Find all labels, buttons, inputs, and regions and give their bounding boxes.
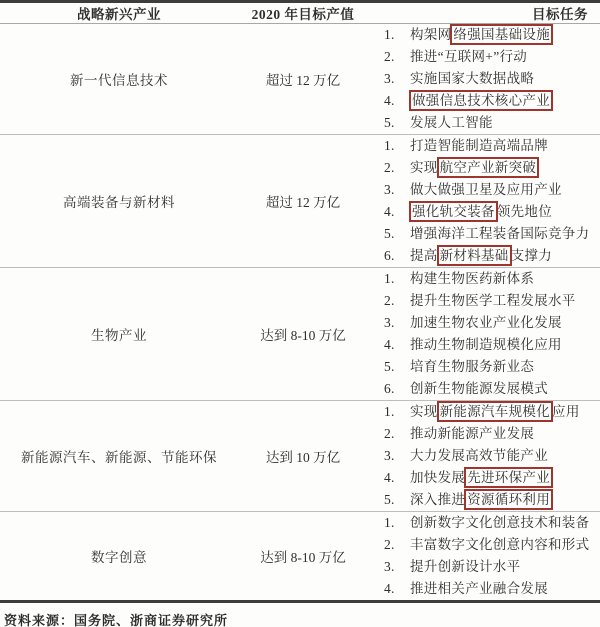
task-number: 1. <box>384 268 410 290</box>
task-highlight-box: 强化轨交装备 <box>409 201 498 222</box>
task-text-pre: 加速生物农业产业化发展 <box>410 315 562 330</box>
task-item: 2.推进“互联网+”行动 <box>384 46 600 68</box>
task-item: 1.构架网络强国基础设施 <box>384 24 600 46</box>
task-item: 6.创新生物能源发展模式 <box>384 378 600 400</box>
task-highlight-box: 航空产业新突破 <box>437 157 540 178</box>
task-text-pre: 实现 <box>410 160 438 175</box>
task-text-post: 领先地位 <box>497 204 552 219</box>
task-list: 1.构架网络强国基础设施 2.推进“互联网+”行动 3.实施国家大数据战略 4.… <box>368 24 600 134</box>
task-number: 5. <box>384 489 410 511</box>
task-item: 2.提升生物医学工程发展水平 <box>384 290 600 312</box>
task-text-pre: 增强海洋工程装备国际竞争力 <box>410 226 589 241</box>
task-number: 4. <box>384 578 410 600</box>
task-highlight-box: 资源循环利用 <box>464 489 553 510</box>
task-item: 3.加速生物农业产业化发展 <box>384 312 600 334</box>
task-number: 1. <box>384 401 410 423</box>
task-text-pre: 推动新能源产业发展 <box>410 426 534 441</box>
task-highlight-box: 络强国基础设施 <box>450 24 553 45</box>
task-text-pre: 培育生物服务新业态 <box>410 359 534 374</box>
task-number: 3. <box>384 179 410 201</box>
task-number: 3. <box>384 556 410 578</box>
task-number: 2. <box>384 423 410 445</box>
task-number: 1. <box>384 512 410 534</box>
table-row: 生物产业 达到 8-10 万亿 1.构建生物医药新体系 2.提升生物医学工程发展… <box>0 268 600 401</box>
industry-name: 新一代信息技术 <box>0 69 238 89</box>
task-text-pre: 大力发展高效节能产业 <box>410 448 548 463</box>
task-number: 6. <box>384 245 410 267</box>
task-number: 2. <box>384 290 410 312</box>
task-item: 4.推进相关产业融合发展 <box>384 578 600 600</box>
task-text-pre: 推进相关产业融合发展 <box>410 581 548 596</box>
task-number: 5. <box>384 112 410 134</box>
task-number: 4. <box>384 90 410 112</box>
task-list: 1.实现新能源汽车规模化应用 2.推动新能源产业发展 3.大力发展高效节能产业 … <box>368 401 600 511</box>
task-number: 5. <box>384 223 410 245</box>
source-note: 资料来源：国务院、浙商证券研究所 <box>0 603 600 627</box>
task-list: 1.打造智能制造高端品牌 2.实现航空产业新突破 3.做大做强卫星及应用产业 4… <box>368 135 600 267</box>
task-list: 1.创新数字文化创意技术和装备 2.丰富数字文化创意内容和形式 3.提升创新设计… <box>368 512 600 600</box>
target-value: 达到 8-10 万亿 <box>238 324 368 344</box>
task-number: 2. <box>384 534 410 556</box>
table-header-row: 战略新兴产业 2020 年目标产值 目标任务 <box>0 3 600 24</box>
task-item: 4.做强信息技术核心产业 <box>384 90 600 112</box>
table-row: 新能源汽车、新能源、节能环保 达到 10 万亿 1.实现新能源汽车规模化应用 2… <box>0 401 600 512</box>
task-item: 1.创新数字文化创意技术和装备 <box>384 512 600 534</box>
task-text-pre: 构建生物医药新体系 <box>410 271 534 286</box>
task-text-pre: 提升创新设计水平 <box>410 559 520 574</box>
table-row: 数字创意 达到 8-10 万亿 1.创新数字文化创意技术和装备 2.丰富数字文化… <box>0 512 600 600</box>
report-table-page: 战略新兴产业 2020 年目标产值 目标任务 新一代信息技术 超过 12 万亿 … <box>0 0 600 627</box>
industry-name: 数字创意 <box>0 546 238 566</box>
task-text-pre: 创新生物能源发展模式 <box>410 381 548 396</box>
task-text-pre: 构架网 <box>410 27 451 42</box>
industry-name: 高端装备与新材料 <box>0 191 238 211</box>
task-item: 3.实施国家大数据战略 <box>384 68 600 90</box>
task-item: 1.打造智能制造高端品牌 <box>384 135 600 157</box>
task-text-pre: 发展人工智能 <box>410 115 493 130</box>
task-item: 1.实现新能源汽车规模化应用 <box>384 401 600 423</box>
table-row: 新一代信息技术 超过 12 万亿 1.构架网络强国基础设施 2.推进“互联网+”… <box>0 24 600 135</box>
task-item: 5.发展人工智能 <box>384 112 600 134</box>
task-text-pre: 推进“互联网+”行动 <box>410 49 527 64</box>
task-number: 5. <box>384 356 410 378</box>
task-list: 1.构建生物医药新体系 2.提升生物医学工程发展水平 3.加速生物农业产业化发展… <box>368 268 600 400</box>
task-number: 4. <box>384 334 410 356</box>
task-number: 2. <box>384 46 410 68</box>
task-number: 4. <box>384 201 410 223</box>
table-row: 高端装备与新材料 超过 12 万亿 1.打造智能制造高端品牌 2.实现航空产业新… <box>0 135 600 268</box>
task-number: 1. <box>384 24 410 46</box>
task-item: 2.丰富数字文化创意内容和形式 <box>384 534 600 556</box>
task-text-pre: 加快发展 <box>410 470 465 485</box>
task-number: 2. <box>384 157 410 179</box>
header-target-tasks: 目标任务 <box>368 3 600 23</box>
task-text-pre: 提高 <box>410 248 438 263</box>
header-industry: 战略新兴产业 <box>0 3 238 23</box>
task-number: 1. <box>384 135 410 157</box>
task-item: 4.加快发展先进环保产业 <box>384 467 600 489</box>
task-text-pre: 打造智能制造高端品牌 <box>410 138 548 153</box>
task-item: 5.深入推进资源循环利用 <box>384 489 600 511</box>
task-text-pre: 做大做强卫星及应用产业 <box>410 182 562 197</box>
target-value: 超过 12 万亿 <box>238 69 368 89</box>
target-value: 达到 10 万亿 <box>238 446 368 466</box>
task-highlight-box: 做强信息技术核心产业 <box>409 90 553 111</box>
task-text-pre: 深入推进 <box>410 492 465 507</box>
task-highlight-box: 新材料基础 <box>437 245 512 266</box>
task-text-pre: 实现 <box>410 404 438 419</box>
task-item: 5.培育生物服务新业态 <box>384 356 600 378</box>
task-item: 3.提升创新设计水平 <box>384 556 600 578</box>
task-item: 5.增强海洋工程装备国际竞争力 <box>384 223 600 245</box>
task-text-pre: 提升生物医学工程发展水平 <box>410 293 576 308</box>
task-number: 3. <box>384 312 410 334</box>
industry-name: 新能源汽车、新能源、节能环保 <box>0 446 238 466</box>
task-item: 3.大力发展高效节能产业 <box>384 445 600 467</box>
task-highlight-box: 先进环保产业 <box>464 467 553 488</box>
task-text-pre: 创新数字文化创意技术和装备 <box>410 515 589 530</box>
target-value: 达到 8-10 万亿 <box>238 546 368 566</box>
task-text-pre: 丰富数字文化创意内容和形式 <box>410 537 589 552</box>
header-target-value: 2020 年目标产值 <box>238 3 368 23</box>
task-item: 3.做大做强卫星及应用产业 <box>384 179 600 201</box>
task-item: 2.推动新能源产业发展 <box>384 423 600 445</box>
task-number: 3. <box>384 68 410 90</box>
target-value: 超过 12 万亿 <box>238 191 368 211</box>
table-body: 新一代信息技术 超过 12 万亿 1.构架网络强国基础设施 2.推进“互联网+”… <box>0 24 600 600</box>
task-highlight-box: 新能源汽车规模化 <box>437 401 553 422</box>
task-number: 4. <box>384 467 410 489</box>
task-item: 2.实现航空产业新突破 <box>384 157 600 179</box>
task-number: 6. <box>384 378 410 400</box>
task-item: 4.强化轨交装备领先地位 <box>384 201 600 223</box>
industry-name: 生物产业 <box>0 324 238 344</box>
task-item: 1.构建生物医药新体系 <box>384 268 600 290</box>
task-text-post: 支撑力 <box>511 248 552 263</box>
task-text-pre: 推动生物制造规模化应用 <box>410 337 562 352</box>
task-number: 3. <box>384 445 410 467</box>
industries-table: 战略新兴产业 2020 年目标产值 目标任务 新一代信息技术 超过 12 万亿 … <box>0 0 600 603</box>
task-text-pre: 实施国家大数据战略 <box>410 71 534 86</box>
task-item: 4.推动生物制造规模化应用 <box>384 334 600 356</box>
task-item: 6.提高新材料基础支撑力 <box>384 245 600 267</box>
task-text-post: 应用 <box>552 404 580 419</box>
